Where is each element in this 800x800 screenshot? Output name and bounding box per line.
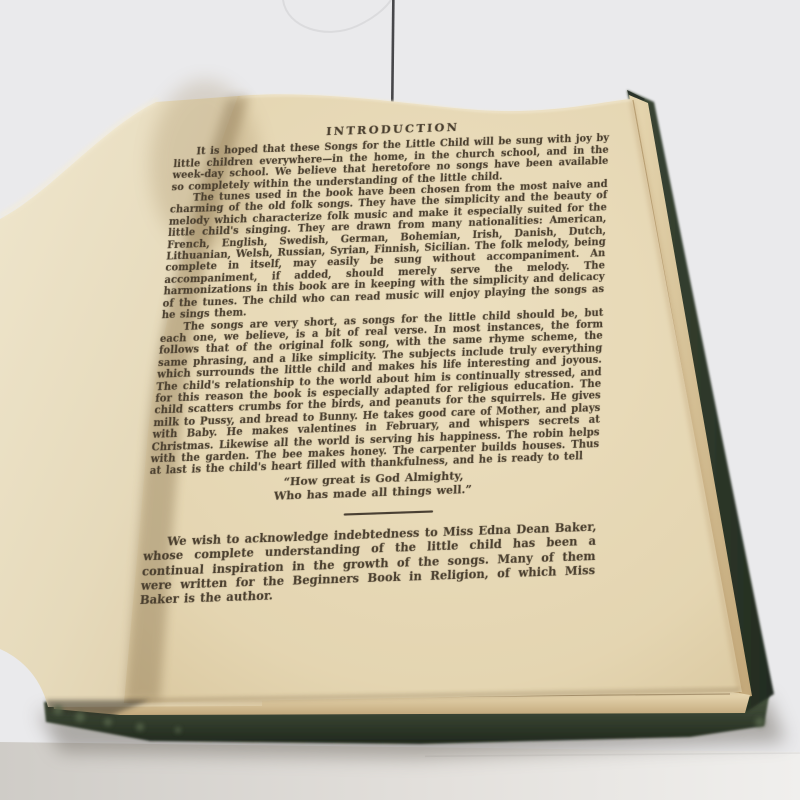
intro-paragraph-2: The tunes used in the book have been cho… [161, 179, 607, 322]
book-photo: INTRODUCTION It is hoped that these Song… [0, 0, 800, 800]
intro-paragraph-3: The songs are very short, as songs for t… [149, 307, 603, 478]
section-divider [344, 510, 434, 516]
introduction-page-text: INTRODUCTION It is hoped that these Song… [139, 117, 609, 608]
